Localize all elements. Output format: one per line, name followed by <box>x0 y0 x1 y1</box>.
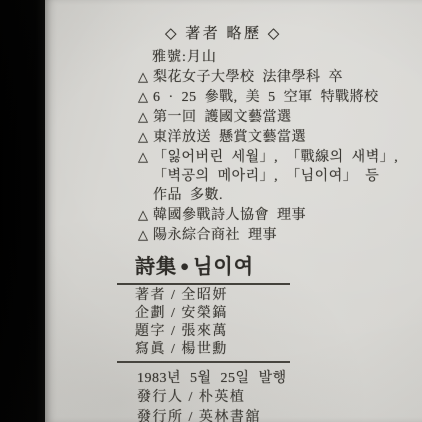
credit-name: 楊世勳 <box>181 342 228 357</box>
bio-line: △「잃어버린 세월」, 「戰線의 새벽」, <box>138 147 422 167</box>
slash-separator: / <box>166 324 181 339</box>
bio-line: △第一回 護國文藝當選 <box>138 107 422 127</box>
bullet-icon: ● <box>177 259 193 275</box>
book-title-row: 詩集●님이여 <box>135 255 290 279</box>
book-colophon-photo: ◇ 著者 略歷 ◇ 雅號:月山 △梨花女子大學校 法律學科 卒 △6 · 25 … <box>0 0 422 422</box>
credit-name: 全昭妍 <box>181 288 228 303</box>
credit-name: 安榮鎬 <box>181 306 228 321</box>
book-series-label: 詩集 <box>135 256 177 278</box>
book-title: 님이여 <box>193 256 254 278</box>
credits-list: 著者/全昭妍 企劃/安榮鎬 題字/張來萬 寫眞/楊世勳 <box>135 287 422 359</box>
triangle-marker-icon: △ <box>138 67 153 86</box>
pen-name-line: 雅號:月山 <box>152 48 422 67</box>
publication-list: 發行人/朴英植 發行所/英林書舘 <box>137 388 422 422</box>
book-spine-strip <box>0 0 45 422</box>
publication-role: 發行人 <box>137 390 184 405</box>
book-title-block: 詩集●님이여 <box>117 255 290 285</box>
triangle-marker-icon: △ <box>138 107 153 126</box>
triangle-marker-icon: △ <box>138 147 153 166</box>
publication-date: 1983년 5월 25일 발행 <box>137 369 422 388</box>
bio-text: 「벽공의 메아리」, 「님이여」 등 <box>153 169 379 184</box>
triangle-marker-icon: △ <box>138 127 153 146</box>
bio-text: 第一回 護國文藝當選 <box>153 110 292 125</box>
credit-role: 題字 <box>135 324 166 339</box>
slash-separator: / <box>166 342 181 357</box>
bio-list: △梨花女子大學校 法律學科 卒 △6 · 25 參戰, 美 5 空軍 特戰將校 … <box>138 67 422 245</box>
slash-separator: / <box>166 288 181 303</box>
credit-name: 張來萬 <box>181 324 228 339</box>
bio-text: 東洋放送 懸賞文藝當選 <box>153 130 306 145</box>
bio-text: 作品 多數. <box>153 188 223 203</box>
publication-row: 發行人/朴英植 <box>137 388 422 408</box>
bio-text: 6 · 25 參戰, 美 5 空軍 特戰將校 <box>153 90 379 105</box>
bio-line: △東洋放送 懸賞文藝當選 <box>138 127 422 147</box>
section-title: ◇ 著者 略歷 ◇ <box>165 25 422 43</box>
credit-row: 題字/張來萬 <box>135 323 422 341</box>
credit-role: 著者 <box>135 288 166 303</box>
bio-text: 梨花女子大學校 法律學科 卒 <box>153 70 343 85</box>
publication-name: 英林書舘 <box>199 410 261 422</box>
bio-text: 陽永綜合商社 理事 <box>153 228 277 243</box>
credit-role: 企劃 <box>135 306 166 321</box>
slash-separator: / <box>184 390 199 405</box>
slash-separator: / <box>166 306 181 321</box>
publication-role: 發行所 <box>137 410 184 422</box>
triangle-marker-icon: △ <box>138 225 153 244</box>
scanned-page: ◇ 著者 略歷 ◇ 雅號:月山 △梨花女子大學校 法律學科 卒 △6 · 25 … <box>45 0 422 422</box>
credit-role: 寫眞 <box>135 342 166 357</box>
bio-line: △梨花女子大學校 法律學科 卒 <box>138 67 422 87</box>
triangle-marker-icon: △ <box>138 87 153 106</box>
bio-line: 「벽공의 메아리」, 「님이여」 등 <box>138 167 422 186</box>
bio-line: △陽永綜合商社 理事 <box>138 225 422 245</box>
bio-text: 「잃어버린 세월」, 「戰線의 새벽」, <box>153 150 398 165</box>
credit-row: 寫眞/楊世勳 <box>135 341 422 359</box>
bio-text: 韓國參戰詩人協會 理事 <box>153 208 306 223</box>
publication-row: 發行所/英林書舘 <box>137 408 422 422</box>
publication-name: 朴英植 <box>199 390 246 405</box>
triangle-marker-icon: △ <box>138 205 153 224</box>
credit-row: 企劃/安榮鎬 <box>135 305 422 323</box>
divider-rule <box>117 361 290 363</box>
bio-line: △6 · 25 參戰, 美 5 空軍 特戰將校 <box>138 87 422 107</box>
credit-row: 著者/全昭妍 <box>135 287 422 305</box>
bio-line: 作品 多數. <box>138 186 422 205</box>
slash-separator: / <box>184 410 199 422</box>
bio-line: △韓國參戰詩人協會 理事 <box>138 205 422 225</box>
